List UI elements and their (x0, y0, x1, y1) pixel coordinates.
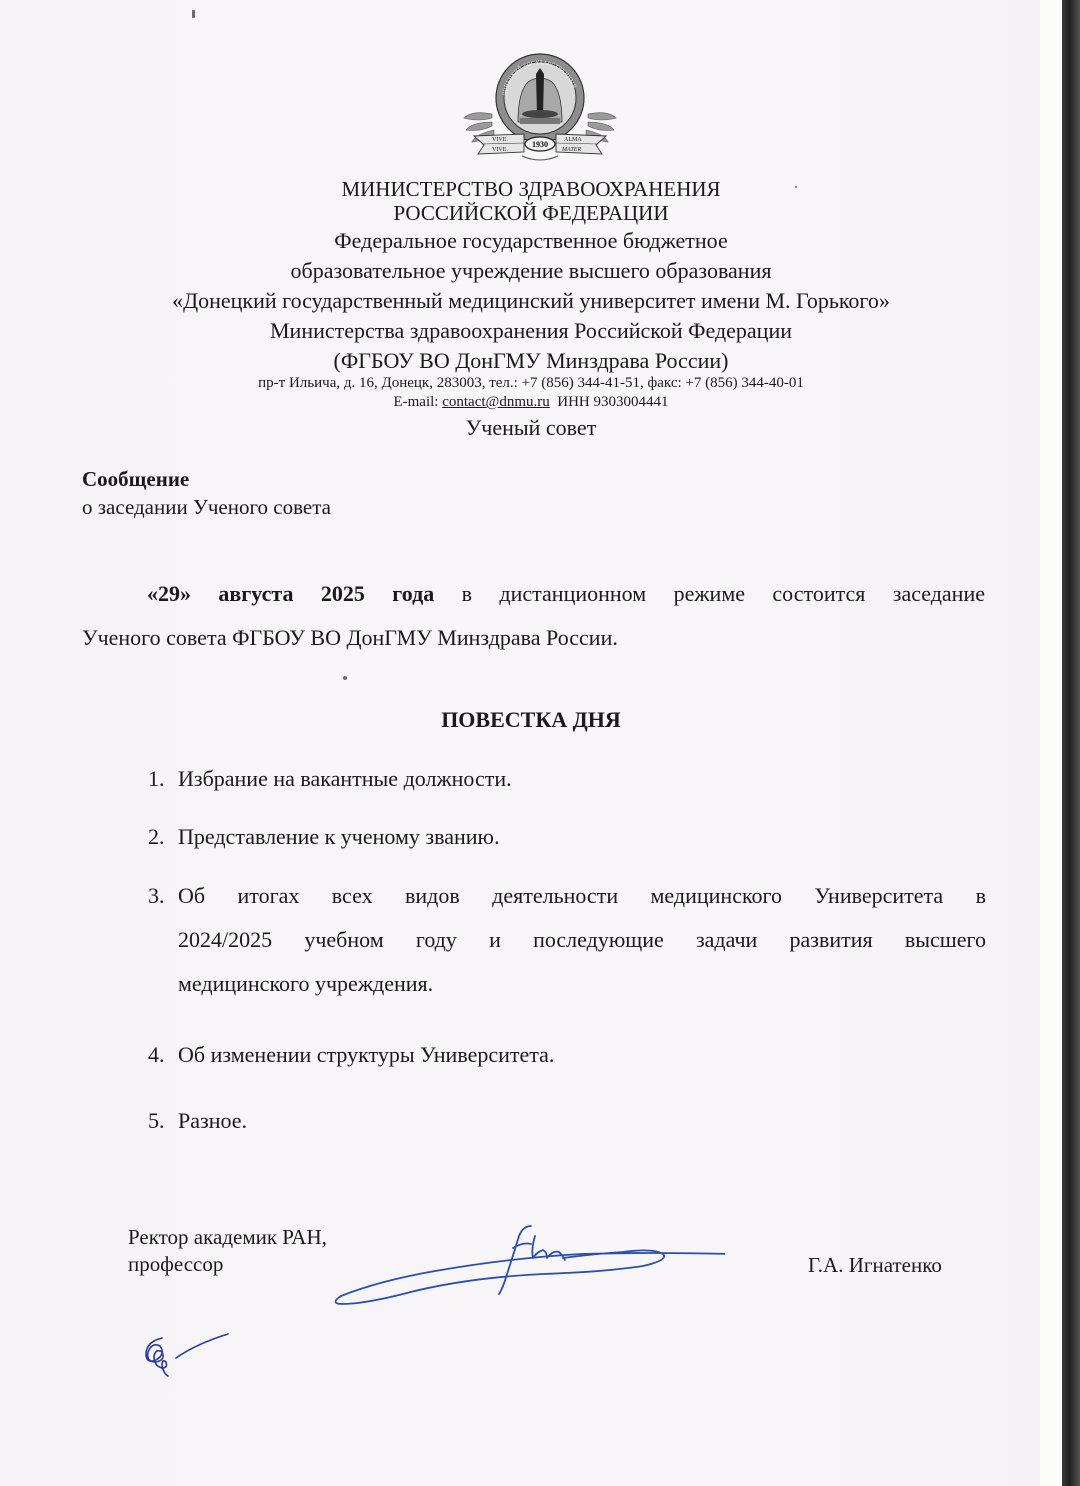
svg-text:1930: 1930 (532, 140, 548, 149)
message-title: Сообщение (82, 467, 189, 492)
letterhead: МИНИСТЕРСТВО ЗДРАВООХРАНЕНИЯ РОССИЙСКОЙ … (0, 177, 1062, 441)
agenda-item: 5. Разное. (148, 1099, 986, 1143)
agenda-item-text: Представление к ученому званию. (178, 815, 986, 859)
agenda-item: 3. Об итогах всех видов деятельности мед… (148, 874, 986, 1006)
address-line: пр-т Ильича, д. 16, Донецк, 283003, тел.… (0, 374, 1062, 393)
contacts-line: E-mail: contact@dnmu.ru ИНН 9303004441 (0, 393, 1062, 412)
ministry-line-1: МИНИСТЕРСТВО ЗДРАВООХРАНЕНИЯ (0, 177, 1062, 201)
agenda-item-number: 3. (148, 874, 165, 918)
agenda-item: 1. Избрание на вакантные должности. (148, 757, 986, 801)
council-title: Ученый совет (0, 414, 1062, 441)
agenda-item-number: 1. (148, 757, 165, 801)
scan-edge-shadow (1062, 0, 1080, 1486)
university-emblem-icon: ДОНЕЦКИЙ ГОСУДАРСТВЕННЫЙ VIVE. VIVE. ALM… (462, 52, 618, 168)
email-link[interactable]: contact@dnmu.ru (442, 394, 550, 410)
agenda-item: 2. Представление к ученому званию. (148, 815, 986, 859)
announcement-line-2: Ученого совета ФГБОУ ВО ДонГМУ Минздрава… (82, 616, 985, 660)
agenda-item-text: Разное. (178, 1099, 986, 1143)
inn: ИНН 9303004441 (557, 394, 668, 410)
scan-speck (343, 676, 347, 680)
email-label: E-mail: (393, 394, 438, 410)
message-subtitle: о заседании Ученого совета (82, 495, 331, 520)
signatory-position: Ректор академик РАН, профессор (128, 1224, 327, 1278)
agenda-item: 4. Об изменении структуры Университета. (148, 1033, 986, 1077)
org-line-3: «Донецкий государственный медицинский ун… (0, 287, 1062, 314)
svg-text:VIVE.: VIVE. (492, 137, 508, 143)
agenda-title: ПОВЕСТКА ДНЯ (0, 706, 1062, 734)
scan-speck (192, 10, 195, 18)
agenda-item-text: Избрание на вакантные должности. (178, 757, 986, 801)
agenda-item-number: 4. (148, 1033, 165, 1077)
announcement-paragraph: «29» августа 2025 года в дистанционном р… (82, 572, 985, 660)
meeting-date: «29» августа 2025 года (147, 581, 434, 606)
org-line-1: Федеральное государственное бюджетное (0, 227, 1062, 254)
handwritten-signature-icon (335, 1222, 725, 1308)
agenda-item-text: Об итогах всех видов деятельности медици… (178, 874, 986, 1006)
org-line-2: образовательное учреждение высшего образ… (0, 257, 1062, 284)
ministry-line-2: РОССИЙСКОЙ ФЕДЕРАЦИИ (0, 201, 1062, 225)
agenda-item-number: 5. (148, 1099, 165, 1143)
org-short-name: (ФГБОУ ВО ДонГМУ Минздрава России) (0, 347, 1062, 374)
agenda-item-text: Об изменении структуры Университета. (178, 1033, 986, 1077)
svg-text:MATER: MATER (561, 147, 581, 153)
announcement-line-1: «29» августа 2025 года в дистанционном р… (82, 572, 985, 616)
org-line-4: Министерства здравоохранения Российской … (0, 317, 1062, 344)
handwritten-initials-icon (140, 1328, 240, 1388)
agenda-item-number: 2. (148, 815, 165, 859)
svg-text:ALMA: ALMA (564, 137, 582, 143)
svg-text:VIVE.: VIVE. (492, 147, 508, 153)
signatory-name: Г.А. Игнатенко (808, 1252, 942, 1279)
